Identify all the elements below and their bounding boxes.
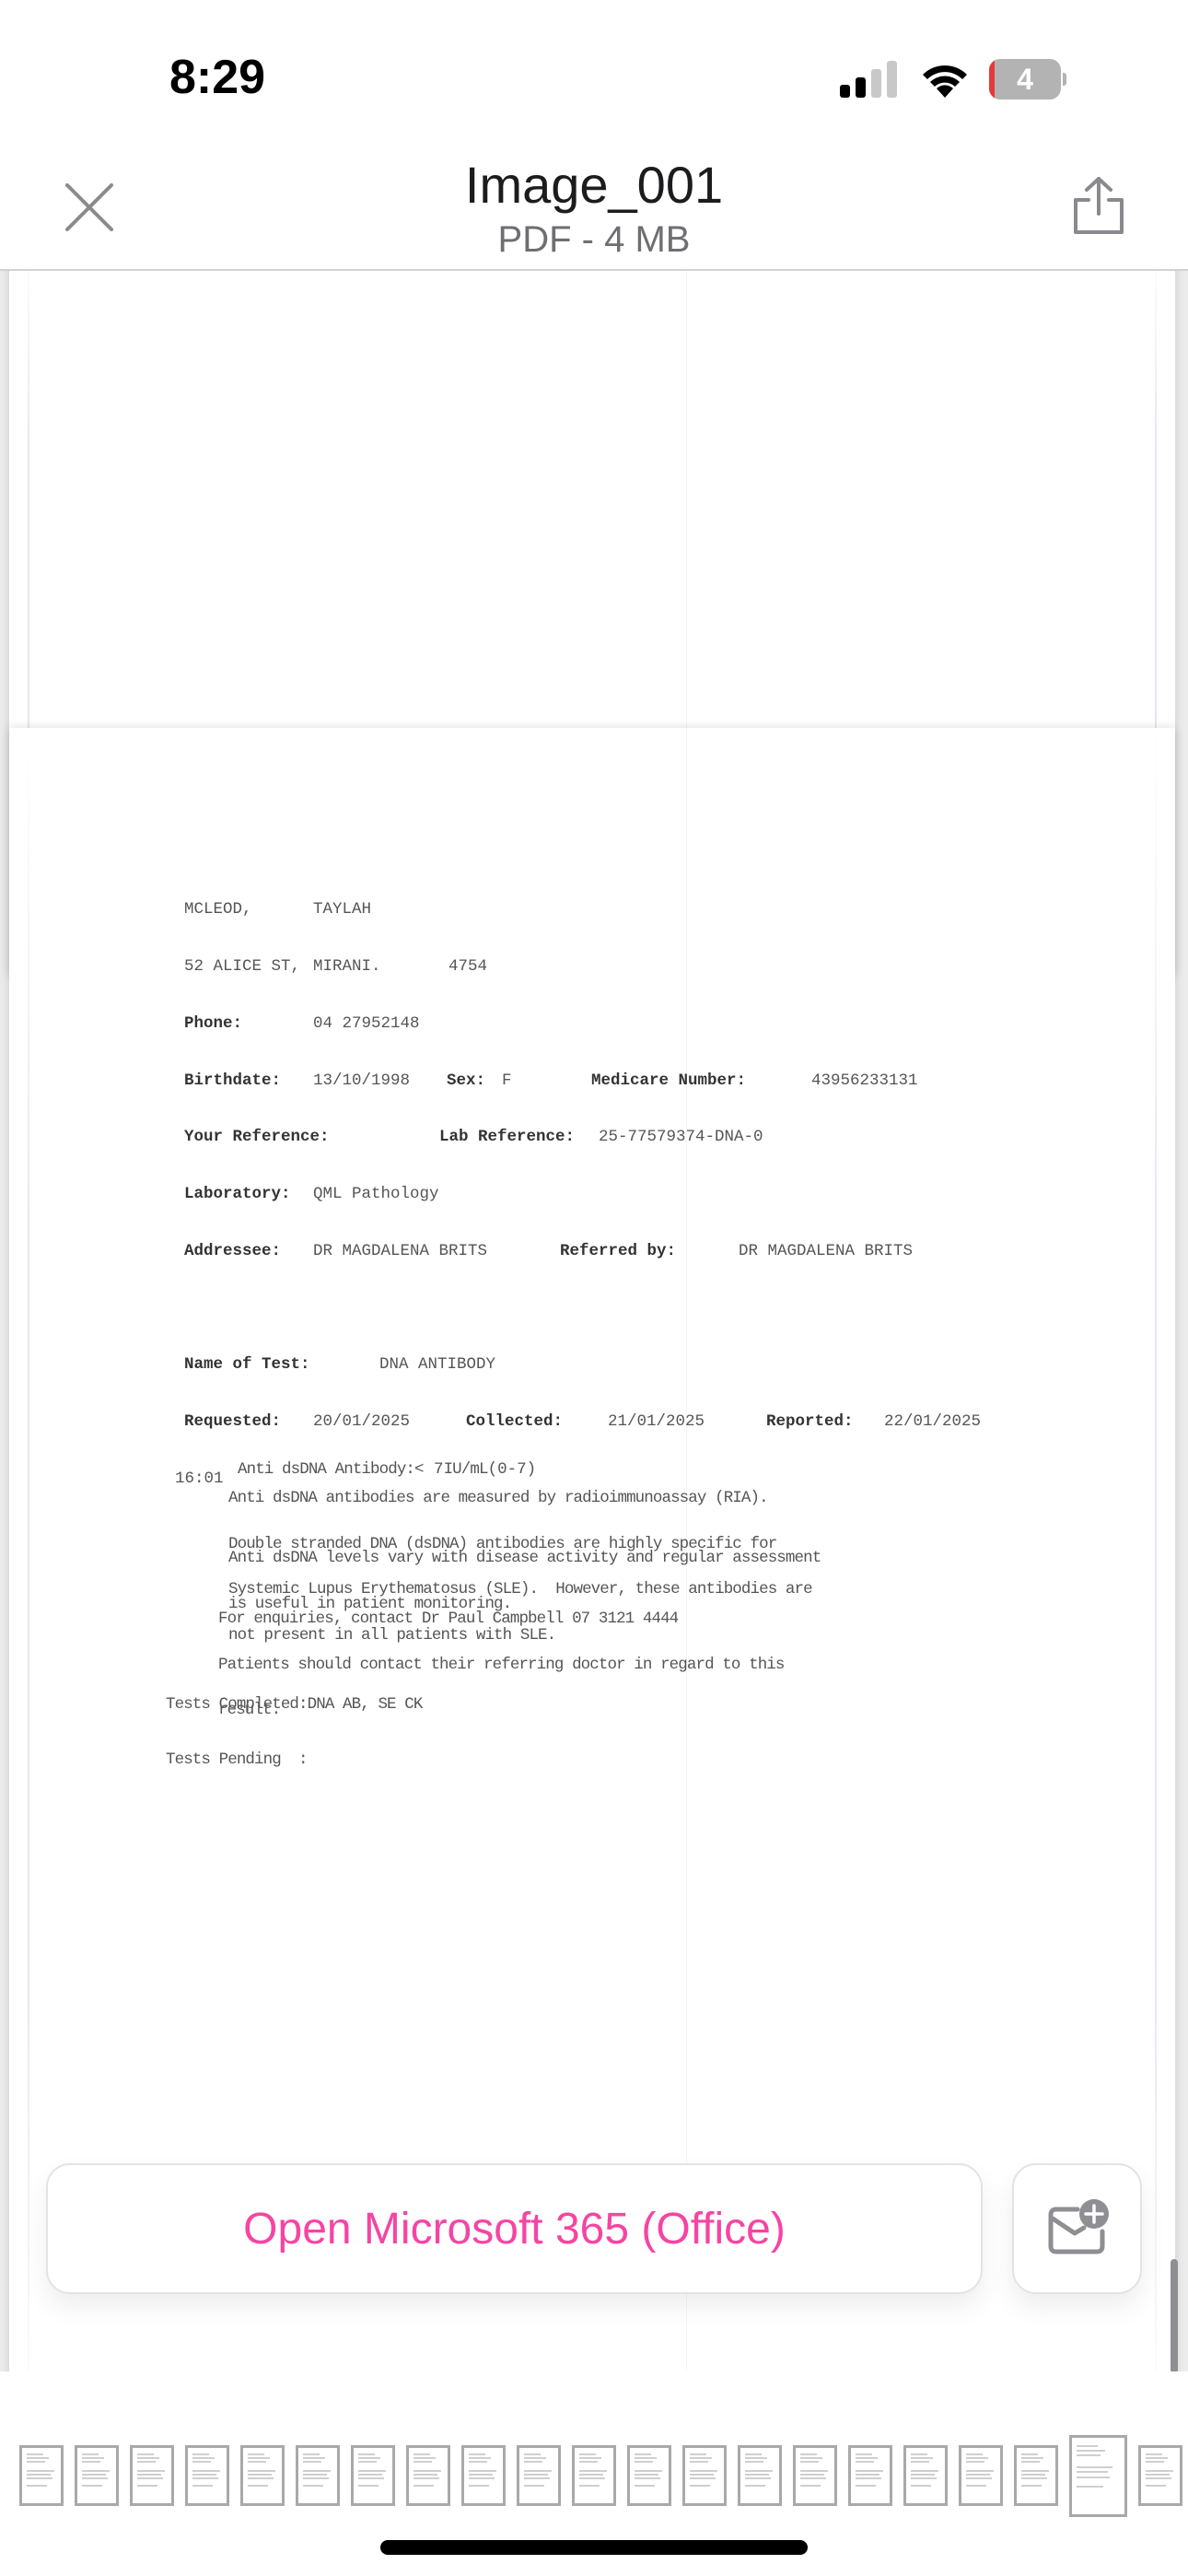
patient-suburb: MIRANI. xyxy=(313,957,381,977)
page-thumbnail[interactable] xyxy=(793,2445,837,2506)
test-name: DNA ANTIBODY xyxy=(379,1355,495,1375)
test-name-label: Name of Test: xyxy=(184,1355,310,1375)
page-thumbnail[interactable] xyxy=(296,2445,340,2506)
comment-line: Anti dsDNA levels vary with disease acti… xyxy=(228,1551,821,1566)
document-title: Image_001 xyxy=(0,155,1188,215)
open-in-office-label: Open Microsoft 365 (Office) xyxy=(243,2204,786,2254)
patient-phone: 04 27952148 xyxy=(313,1014,420,1034)
page-thumbnail[interactable] xyxy=(903,2445,948,2506)
wifi-icon xyxy=(917,59,973,100)
birthdate-label: Birthdate: xyxy=(184,1071,281,1091)
page-thumbnail[interactable] xyxy=(130,2445,174,2506)
pdf-viewer[interactable]: MCLEOD,TAYLAH 52 ALICE ST,MIRANI.4754 Ph… xyxy=(0,271,1188,2371)
tests-summary: Tests Completed:DNA AB, SE CK Tests Pend… xyxy=(166,1658,422,1806)
status-time: 8:29 xyxy=(169,50,265,105)
referred-by: DR MAGDALENA BRITS xyxy=(739,1242,913,1261)
home-indicator[interactable] xyxy=(380,2540,808,2555)
reported-time: 16:01 xyxy=(175,1469,224,1489)
page-thumbnail[interactable] xyxy=(738,2445,782,2506)
sex-label: Sex: xyxy=(447,1071,485,1091)
page-thumbnail[interactable] xyxy=(1138,2445,1182,2506)
laboratory-label: Laboratory: xyxy=(184,1185,291,1204)
share-icon[interactable] xyxy=(1066,175,1131,240)
pdf-page-current: MCLEOD,TAYLAH 52 ALICE ST,MIRANI.4754 Ph… xyxy=(9,728,1175,2371)
reported-date: 22/01/2025 xyxy=(884,1412,981,1432)
status-icons: 4 xyxy=(838,59,1066,100)
page-thumbnail[interactable] xyxy=(406,2445,450,2506)
mail-button[interactable] xyxy=(1012,2163,1142,2294)
vertical-scrollbar[interactable] xyxy=(1171,2259,1178,2373)
page-thumbnail[interactable] xyxy=(185,2445,229,2506)
page-thumbnail[interactable] xyxy=(848,2445,892,2506)
patient-address: 52 ALICE ST, xyxy=(184,957,300,977)
page-thumbnail[interactable] xyxy=(959,2445,1003,2506)
patient-sex: F xyxy=(502,1071,512,1091)
patient-birthdate: 13/10/1998 xyxy=(313,1071,410,1091)
page-thumbnail[interactable] xyxy=(517,2445,561,2506)
battery-icon: 4 xyxy=(989,59,1066,100)
lab-reference-label: Lab Reference: xyxy=(439,1128,575,1147)
tests-pending: Tests Pending : xyxy=(166,1751,422,1769)
reported-label: Reported: xyxy=(766,1412,854,1432)
patient-given-name: TAYLAH xyxy=(313,900,371,919)
page-thumbnail[interactable] xyxy=(627,2445,671,2506)
page-thumbnail[interactable] xyxy=(75,2445,119,2506)
medicare-label: Medicare Number: xyxy=(591,1071,746,1091)
referred-by-label: Referred by: xyxy=(560,1242,676,1261)
medicare-number: 43956233131 xyxy=(811,1071,918,1091)
addressee: DR MAGDALENA BRITS xyxy=(313,1242,487,1261)
your-reference-label: Your Reference: xyxy=(184,1128,330,1147)
lab-reference: 25-77579374-DNA-0 xyxy=(599,1128,763,1147)
patient-postcode: 4754 xyxy=(448,957,487,977)
document-info: PDF - 4 MB xyxy=(0,219,1188,261)
page-thumbnail[interactable] xyxy=(572,2445,616,2506)
thumbnail-list xyxy=(19,2442,1182,2517)
page-thumbnail[interactable] xyxy=(240,2445,285,2506)
page-thumbnail[interactable] xyxy=(351,2445,395,2506)
page-thumbnail[interactable] xyxy=(1014,2445,1058,2506)
comment-line: Anti dsDNA antibodies are measured by ra… xyxy=(228,1491,812,1506)
page-thumbnail[interactable] xyxy=(19,2445,64,2506)
mail-add-icon xyxy=(1047,2198,1112,2263)
collected-date: 21/01/2025 xyxy=(608,1412,705,1432)
open-in-office-button[interactable]: Open Microsoft 365 (Office) xyxy=(46,2163,983,2294)
tests-completed: Tests Completed:DNA AB, SE CK xyxy=(166,1695,422,1714)
comment-line: For enquiries, contact Dr Paul Campbell … xyxy=(218,1611,785,1627)
laboratory: QML Pathology xyxy=(313,1185,439,1204)
patient-details: MCLEOD,TAYLAH 52 ALICE ST,MIRANI.4754 Ph… xyxy=(175,862,233,1527)
battery-level: 4 xyxy=(989,59,1061,100)
page-thumbnail[interactable] xyxy=(461,2445,506,2506)
patient-surname: MCLEOD, xyxy=(184,900,252,919)
page-thumbnail-selected[interactable] xyxy=(1069,2435,1127,2517)
cellular-signal-icon xyxy=(838,59,901,100)
phone-label: Phone: xyxy=(184,1014,242,1034)
addressee-label: Addressee: xyxy=(184,1242,281,1261)
page-thumbnail[interactable] xyxy=(682,2445,727,2506)
